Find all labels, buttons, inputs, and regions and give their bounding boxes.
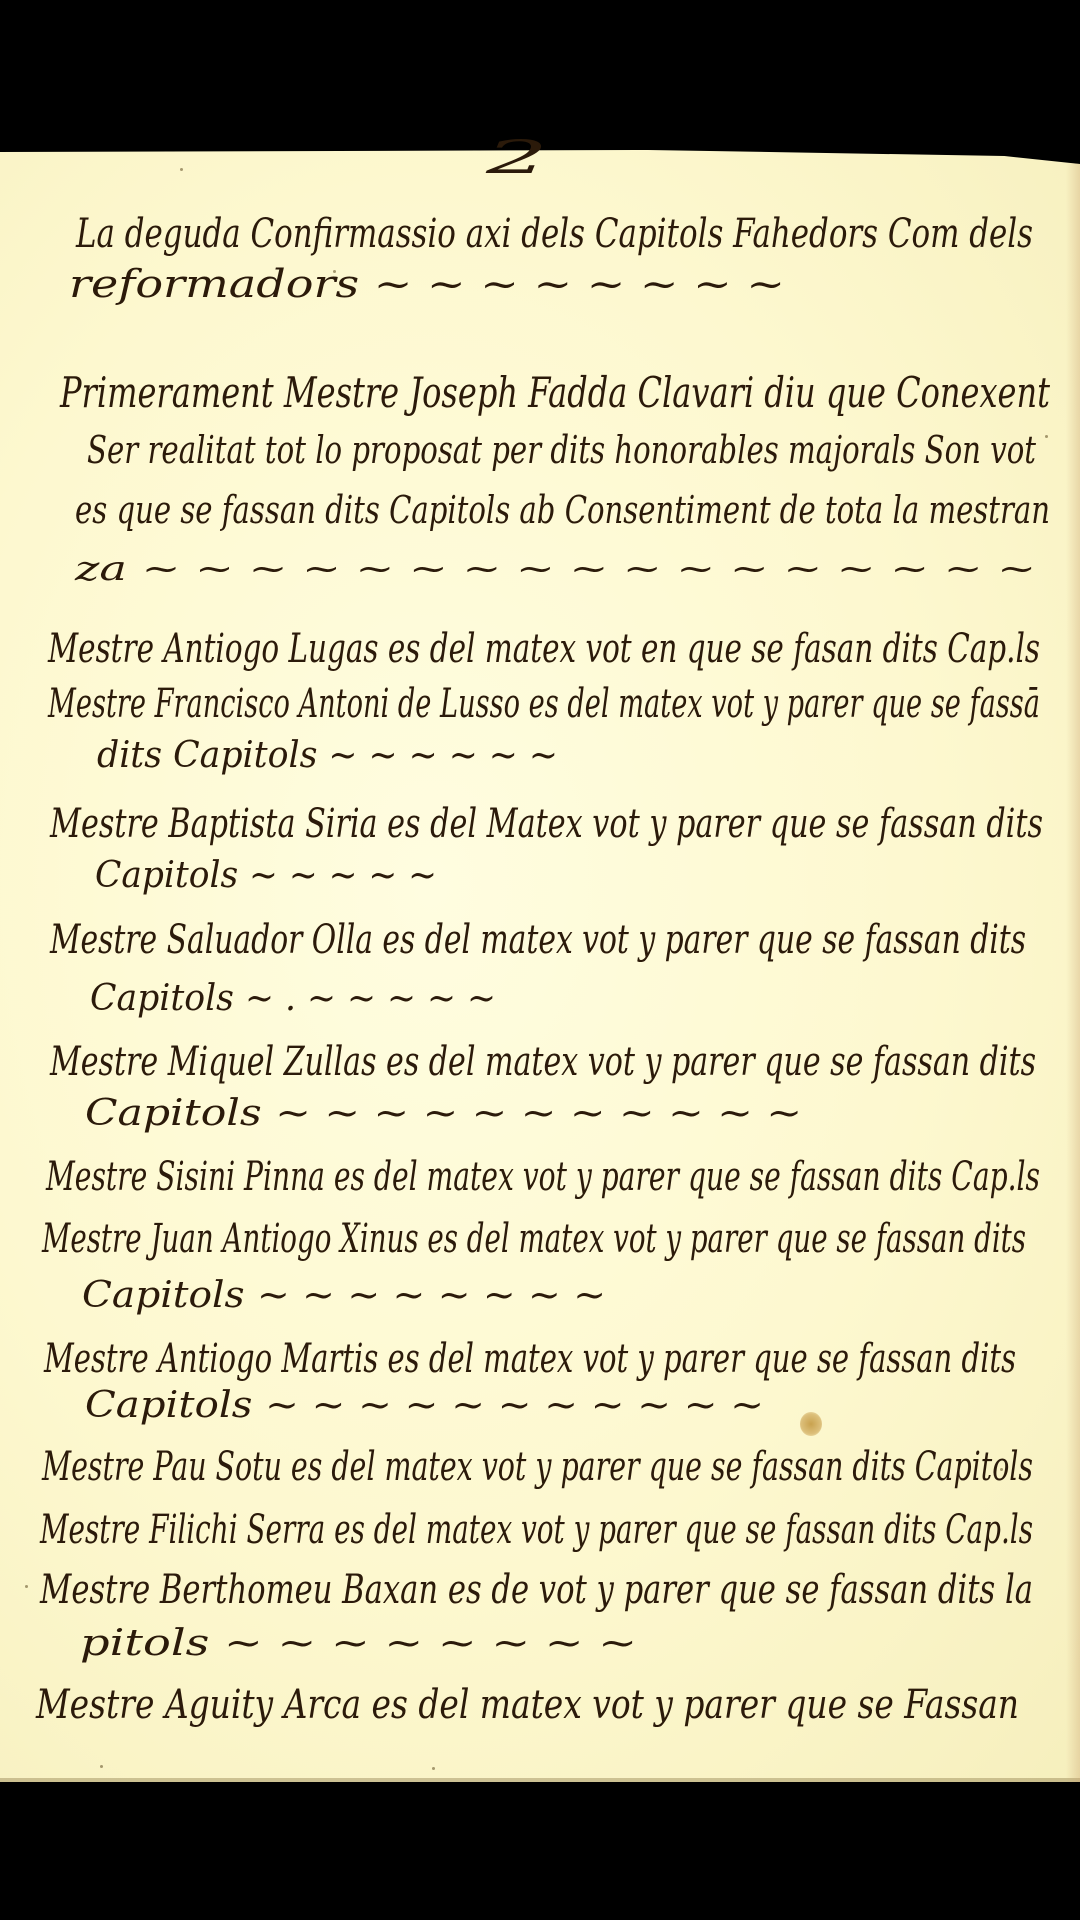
vote-entry-pau-sotu: Mestre Pau Sotu es del matex vot y parer… — [41, 1444, 1033, 1490]
vote-entry-continuation: pitols ~ ~ ~ ~ ~ ~ ~ ~ — [80, 1623, 637, 1664]
paragraph-line-3: es que se fassan dits Capitols ab Consen… — [75, 488, 1050, 532]
vote-entry-berthomeu-baxan: Mestre Berthomeu Baxan es de vot y parer… — [39, 1567, 1033, 1613]
paragraph-line-4: za ~ ~ ~ ~ ~ ~ ~ ~ ~ ~ ~ ~ ~ ~ ~ ~ ~ — [74, 549, 1036, 589]
vote-entry-juan-antiogo-xinus: Mestre Juan Antiogo Xinus es del matex v… — [41, 1216, 1026, 1262]
vote-entry-continuation: Capitols ~ ~ ~ ~ ~ ~ ~ ~ — [82, 1275, 606, 1316]
vote-entry-antiogo-martis: Mestre Antiogo Martis es del matex vot y… — [43, 1336, 1016, 1382]
vote-entry-aguity-arca: Mestre Aguity Arca es del matex vot y pa… — [35, 1682, 1019, 1728]
vote-entry-continuation: Capitols ~ ~ ~ ~ ~ ~ ~ ~ ~ ~ ~ — [85, 1093, 802, 1134]
vote-entry-baptista-siria: Mestre Baptista Siria es del Matex vot y… — [49, 801, 1043, 847]
handwritten-text: 2 La deguda Confirmassio axi dels Capito… — [0, 0, 1080, 1920]
vote-entry-continuation: Capitols ~ ~ ~ ~ ~ ~ ~ ~ ~ ~ ~ — [85, 1385, 764, 1426]
paragraph-line-1: Primerament Mestre Joseph Fadda Clavari … — [59, 368, 1050, 417]
vote-entry-sisini-pinna: Mestre Sisini Pinna es del matex vot y p… — [45, 1154, 1040, 1200]
heading-line-1: La deguda Confirmassio axi dels Capitols… — [75, 211, 1033, 257]
vote-entry-continuation: dits Capitols ~ ~ ~ ~ ~ ~ — [97, 735, 558, 776]
paragraph-line-2: Ser realitat tot lo proposat per dits ho… — [87, 428, 1037, 472]
vote-entry-francisco-antoni: Mestre Francisco Antoni de Lusso es del … — [47, 681, 1040, 727]
image-viewer: 2 La deguda Confirmassio axi dels Capito… — [0, 0, 1080, 1920]
vote-entry-filichi-serra: Mestre Filichi Serra es del matex vot y … — [39, 1507, 1033, 1553]
vote-entry-antiogo-lugas: Mestre Antiogo Lugas es del matex vot en… — [47, 626, 1040, 672]
page-number: 2 — [484, 130, 548, 184]
vote-entry-miquel-zullas: Mestre Miquel Zullas es del matex vot y … — [49, 1039, 1036, 1085]
vote-entry-saluador-olla: Mestre Saluador Olla es del matex vot y … — [49, 917, 1026, 963]
heading-line-2: reformadors ~ ~ ~ ~ ~ ~ ~ ~ — [69, 262, 785, 306]
vote-entry-continuation: Capitols ~ . ~ ~ ~ ~ ~ — [90, 978, 496, 1019]
vote-entry-continuation: Capitols ~ ~ ~ ~ ~ — [95, 855, 437, 896]
